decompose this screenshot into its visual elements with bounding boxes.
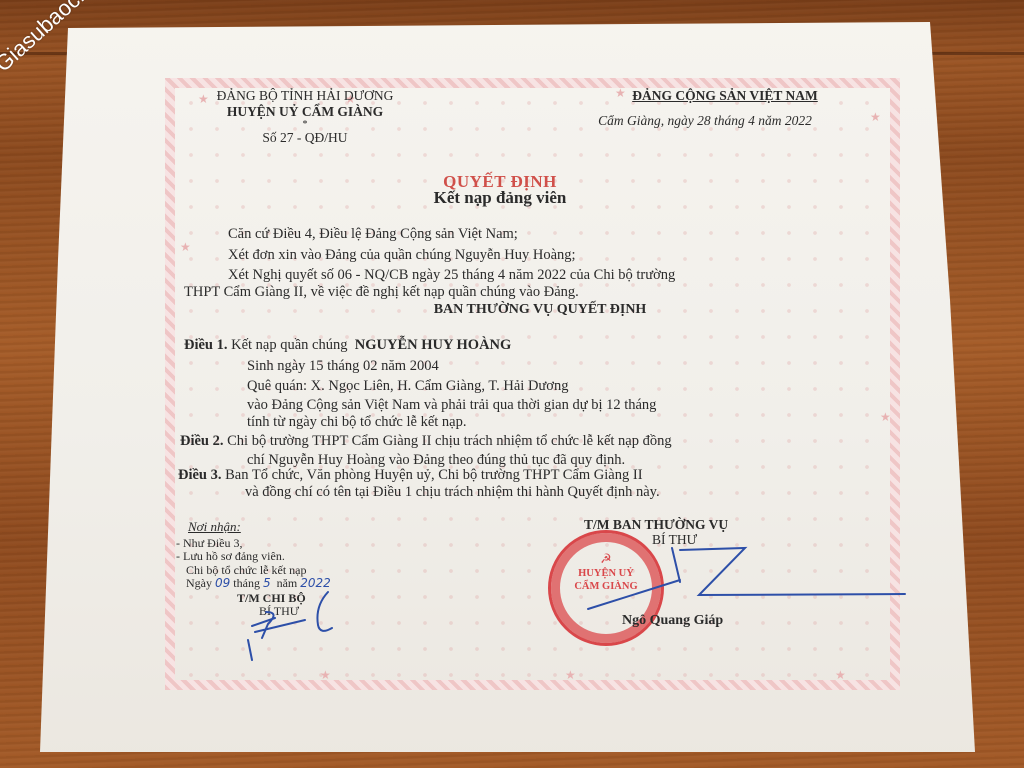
place-date: Cẩm Giàng, ngày 28 tháng 4 năm 2022 xyxy=(540,113,870,129)
article-1-label: Điều 1. xyxy=(184,337,228,353)
border-star-icon: ★ xyxy=(880,410,891,425)
article-1-line: tính từ ngày chi bộ tổ chức lễ kết nạp. xyxy=(247,414,466,431)
recipients-heading: Nơi nhận: xyxy=(188,519,241,535)
cell-secretary-title: BÍ THƯ xyxy=(259,604,299,619)
hammer-sickle-icon: ☭ xyxy=(551,551,661,567)
seal-line-1: HUYỆN UỶ xyxy=(551,567,661,580)
decision-heading: BAN THƯỜNG VỤ QUYẾT ĐỊNH xyxy=(300,302,780,318)
birth-date: Sinh ngày 15 tháng 02 năm 2004 xyxy=(247,358,439,375)
preamble-line: THPT Cẩm Giàng II, về việc đề nghị kết n… xyxy=(184,284,579,301)
handwritten-month: 5 xyxy=(263,576,271,590)
article-3-label: Điều 3. xyxy=(178,467,222,483)
article-1: Điều 1. Kết nạp quần chúng NGUYỄN HUY HO… xyxy=(184,337,511,354)
border-star-icon: ★ xyxy=(835,668,846,683)
national-header: ĐẢNG CỘNG SẢN VIỆT NAM Cẩm Giàng, ngày 2… xyxy=(540,88,870,129)
article-1-text: Kết nạp quần chúng xyxy=(231,337,347,353)
ceremony-date: Ngày 09 tháng 5 năm 2022 xyxy=(186,576,331,591)
article-2-label: Điều 2. xyxy=(180,433,224,449)
star-mark: * xyxy=(175,120,435,130)
member-name: NGUYỄN HUY HOÀNG xyxy=(355,337,512,353)
handwritten-day: 09 xyxy=(215,576,230,590)
article-2-text: Chi bộ trường THPT Cẩm Giàng II chịu trá… xyxy=(227,433,671,449)
month-label: tháng xyxy=(233,576,260,590)
recipient-item: - Lưu hồ sơ đảng viên. xyxy=(176,549,285,564)
document-number: Số 27 - QĐ/HU xyxy=(175,130,435,146)
signatory-title: BÍ THƯ xyxy=(652,532,697,548)
article-3: Điều 3. Ban Tổ chức, Văn phòng Huyện uỷ,… xyxy=(178,467,643,484)
district-committee: HUYỆN UỶ CẨM GIÀNG xyxy=(175,104,435,120)
hometown: Quê quán: X. Ngọc Liên, H. Cẩm Giàng, T.… xyxy=(247,378,568,395)
provincial-party: ĐẢNG BỘ TỈNH HẢI DƯƠNG xyxy=(175,88,435,104)
article-1-line: vào Đảng Cộng sản Việt Nam và phải trải … xyxy=(247,397,656,414)
seal-text: HUYỆN UỶ CẨM GIÀNG xyxy=(551,567,661,593)
border-star-icon: ★ xyxy=(870,110,881,125)
border-star-icon: ★ xyxy=(180,240,191,255)
party-name: ĐẢNG CỘNG SẢN VIỆT NAM xyxy=(540,88,870,104)
document-subtitle: Kết nạp đảng viên xyxy=(300,188,700,208)
article-2: Điều 2. Chi bộ trường THPT Cẩm Giàng II … xyxy=(180,433,672,450)
handwritten-year: 2022 xyxy=(300,576,331,590)
year-label: năm xyxy=(277,576,298,590)
border-star-icon: ★ xyxy=(320,668,331,683)
preamble-line: Xét đơn xin vào Đảng của quần chúng Nguy… xyxy=(228,247,576,264)
article-3-line: và đồng chí có tên tại Điều 1 chịu trách… xyxy=(245,484,660,501)
preamble-line: Xét Nghị quyết số 06 - NQ/CB ngày 25 thá… xyxy=(228,267,675,284)
preamble-line: Căn cứ Điều 4, Điều lệ Đảng Cộng sản Việ… xyxy=(228,226,518,243)
seal-line-2: CẨM GIÀNG xyxy=(551,580,661,593)
issuing-body: ĐẢNG BỘ TỈNH HẢI DƯƠNG HUYỆN UỶ CẨM GIÀN… xyxy=(175,88,435,146)
article-3-text: Ban Tổ chức, Văn phòng Huyện uỷ, Chi bộ … xyxy=(225,467,642,483)
border-star-icon: ★ xyxy=(565,668,576,683)
signatory-name: Ngô Quang Giáp xyxy=(622,613,723,629)
date-prefix: Ngày xyxy=(186,576,212,590)
